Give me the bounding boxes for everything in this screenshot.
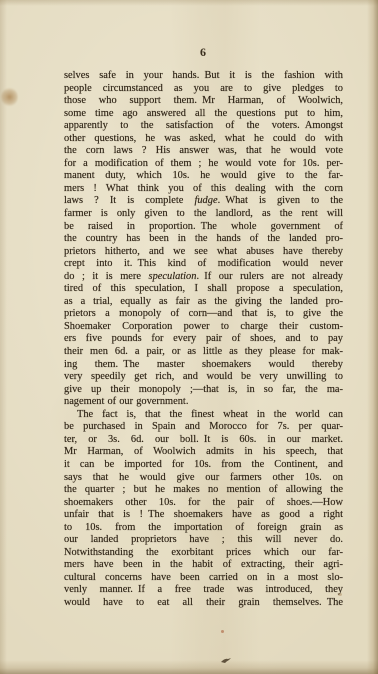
text-line: selves safe in your hands. But it is the… — [64, 70, 343, 83]
text-line: ing them. The master shoemakers would th… — [64, 359, 343, 372]
text-line: our landed proprietors have ; this will … — [64, 534, 343, 547]
text-line: prietors a monopoly of corn—and that is,… — [64, 308, 343, 321]
paper-speck — [338, 593, 342, 596]
text-line: give up their monopoly ;—that is, in so … — [64, 384, 343, 397]
text-line: Mr Harman, of Woolwich admits in his spe… — [64, 446, 343, 459]
text-line: people circumstanced as you are to give … — [64, 83, 343, 96]
text-line: unfair that is ! The shoemakers have as … — [64, 509, 343, 522]
text-line: other questions, he was asked, what he c… — [64, 133, 343, 146]
text-line: be raised in proportion. The whole gover… — [64, 221, 343, 234]
text-line: crept into it. This kind of modification… — [64, 258, 343, 271]
text-line: it can be imported for 10s. from the Con… — [64, 459, 343, 472]
text-line: the quarter ; but he makes no mention of… — [64, 484, 343, 497]
paper-speck — [221, 630, 224, 633]
text-line: cultural concerns have been carried on i… — [64, 572, 343, 585]
text-line: Shoemaker Corporation power to charge th… — [64, 321, 343, 334]
text-line: very speedily get rich, and would be ver… — [64, 371, 343, 384]
text-line: for a modification of them ; he would vo… — [64, 158, 343, 171]
text-line: laws ? It is complete fudge. What is giv… — [64, 195, 343, 208]
text-line: prietors hitherto, and we see what abuse… — [64, 246, 343, 259]
page-text: selves safe in your hands. But it is the… — [64, 70, 343, 610]
foxing-stain — [1, 87, 18, 107]
text-line: the country has been in the hands of the… — [64, 233, 343, 246]
text-line: mers ! What think you of this dealing wi… — [64, 183, 343, 196]
text-line: tired of this speculation, I shall propo… — [64, 283, 343, 296]
text-line: Notwithstanding the exorbitant prices wh… — [64, 547, 343, 560]
text-line: as a trial, equally as fair as the givin… — [64, 296, 343, 309]
text-line: to 10s. from the importation of foreign … — [64, 522, 343, 535]
text-line: manent duty, which 10s. he would give to… — [64, 170, 343, 183]
text-line: the corn laws ? His answer was, that he … — [64, 145, 343, 158]
scanned-page: 6 selves safe in your hands. But it is t… — [0, 0, 378, 674]
ink-mark — [219, 656, 233, 665]
text-line: apparently to the satisfaction of the vo… — [64, 120, 343, 133]
text-line: some time ago answered all the questions… — [64, 108, 343, 121]
page-number: 6 — [64, 45, 343, 60]
text-line: The fact is, that the finest wheat in th… — [64, 409, 343, 422]
text-line: their men 6d. a pair, or as little as th… — [64, 346, 343, 359]
text-line: venly manner. If a free trade was introd… — [64, 584, 343, 597]
text-line: be purchased in Spain and Morocco for 7s… — [64, 421, 343, 434]
text-line: mers have been in the habit of extractin… — [64, 559, 343, 572]
text-line: ter, or 3s. 6d. our boll. It is 60s. in … — [64, 434, 343, 447]
text-line: would have to eat all their grain themse… — [64, 597, 343, 610]
text-line: ers five pounds for every pair of shoes,… — [64, 333, 343, 346]
text-line: says that he would give our farmers othe… — [64, 472, 343, 485]
text-line: farmer is only given to the landlord, as… — [64, 208, 343, 221]
text-line: those who support them. Mr Harman, of Wo… — [64, 95, 343, 108]
text-line: do ; it is mere speculation. If our rule… — [64, 271, 343, 284]
text-line: nagement of our government. — [64, 396, 343, 409]
text-line: shoemakers other 10s. for the pair of sh… — [64, 497, 343, 510]
